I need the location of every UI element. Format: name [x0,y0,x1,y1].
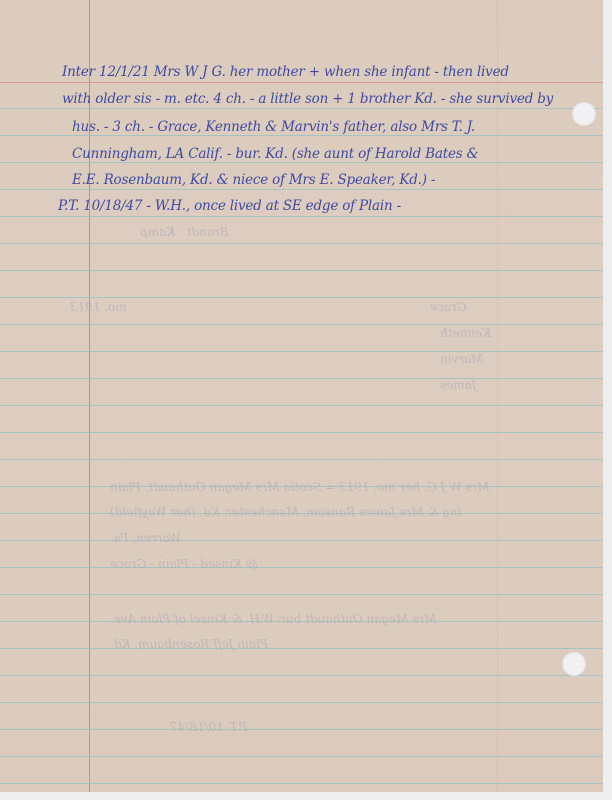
ruled-line [0,216,603,217]
ghost-text: @ Kinsed - Plain - Grace [110,557,258,571]
ruled-line [0,756,603,757]
ruled-line [0,594,603,595]
ghost-text: James [440,378,477,392]
ruled-line [0,783,603,784]
notebook-page: Brandt · Kamp mo. 1913 Grace Kenneth Mar… [0,0,603,792]
binder-hole-bottom [562,652,586,676]
ghost-text: Mrs Megan Outhaudt bur. W.H. & Kinsel of… [110,612,436,626]
ghost-text: Grace [430,300,466,314]
ruled-line [0,270,603,271]
ghost-text: P.T. 10/18/47 [170,720,247,734]
ruled-line [0,162,603,163]
handwritten-line-5: E.E. Rosenbaum, Kd. & niece of Mrs E. Sp… [72,172,435,188]
ruled-line [0,108,603,109]
ruled-line [0,297,603,298]
handwritten-line-3: hus. - 3 ch. - Grace, Kenneth & Marvin's… [72,119,475,135]
ruled-line [0,540,603,541]
ghost-text: Plain Jeff Rosenbaum, Kd. [110,637,268,651]
ruled-line [0,324,603,325]
ruled-line [0,648,603,649]
ghost-text: mo. 1913 [70,300,127,314]
ghost-text: Warren, Pa. [110,531,181,545]
handwritten-line-2: with older sis - m. etc. 4 ch. - a littl… [62,91,553,107]
ghost-text: ing & Mrs James Ransom, Manchester, Kd. … [110,505,461,519]
ruled-line [0,135,603,136]
scan-edge-bottom [0,792,612,800]
ghost-text: Brandt · Kamp [140,225,229,239]
handwritten-line-1: Inter 12/1/21 Mrs W J G. her mother + wh… [62,64,509,80]
ghost-text: Marvin [440,352,484,366]
scan-edge-right [603,0,612,800]
right-margin-line [497,0,498,792]
top-red-rule [0,82,603,83]
ruled-line [0,702,603,703]
ruled-line [0,378,603,379]
ruled-line [0,729,603,730]
ruled-line [0,405,603,406]
ruled-line [0,459,603,460]
handwritten-line-6: P.T. 10/18/47 - W.H., once lived at SE e… [58,198,401,214]
ruled-line [0,243,603,244]
ghost-text: Mrs W J G. her mo. 1913 = Scotia Mrs Meg… [110,480,490,494]
ghost-text: Kenneth [440,326,491,340]
binder-hole-top [572,102,596,126]
ruled-line [0,675,603,676]
ruled-line [0,351,603,352]
ruled-line [0,567,603,568]
ruled-line [0,189,603,190]
handwritten-line-4: Cunningham, LA Calif. - bur. Kd. (she au… [72,146,478,162]
ruled-line [0,432,603,433]
